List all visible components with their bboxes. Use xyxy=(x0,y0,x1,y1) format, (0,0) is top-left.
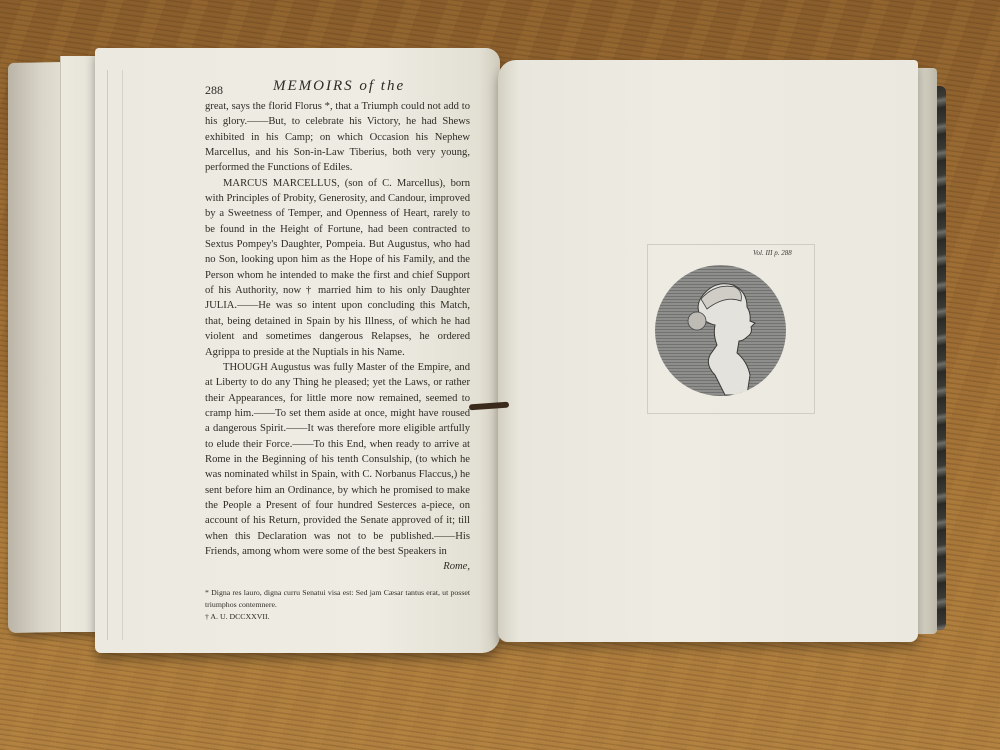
paragraph: MARCUS MARCELLUS, (son of C. Marcellus),… xyxy=(205,176,470,360)
paragraph: THOUGH Augustus was fully Master of the … xyxy=(205,360,470,559)
left-page-text: 288 MEMOIRS of the great, says the flori… xyxy=(205,79,470,623)
portrait-medallion-icon xyxy=(655,265,786,396)
running-head: 288 MEMOIRS of the xyxy=(205,79,470,99)
paragraph: great, says the florid Florus *, that a … xyxy=(205,99,470,176)
page-number: 288 xyxy=(205,83,223,98)
open-book: 288 MEMOIRS of the great, says the flori… xyxy=(0,0,1000,750)
plate-reference: Vol. III p. 288 xyxy=(753,249,792,257)
page-fold-lines xyxy=(107,70,123,640)
footnote: * Digna res lauro, digna curru Senatui v… xyxy=(205,587,470,611)
running-title: MEMOIRS of the xyxy=(273,79,405,94)
footnote: † A. U. DCCXXVII. xyxy=(205,611,470,623)
catchword: Rome, xyxy=(205,559,470,574)
footnotes: * Digna res lauro, digna curru Senatui v… xyxy=(205,587,470,623)
